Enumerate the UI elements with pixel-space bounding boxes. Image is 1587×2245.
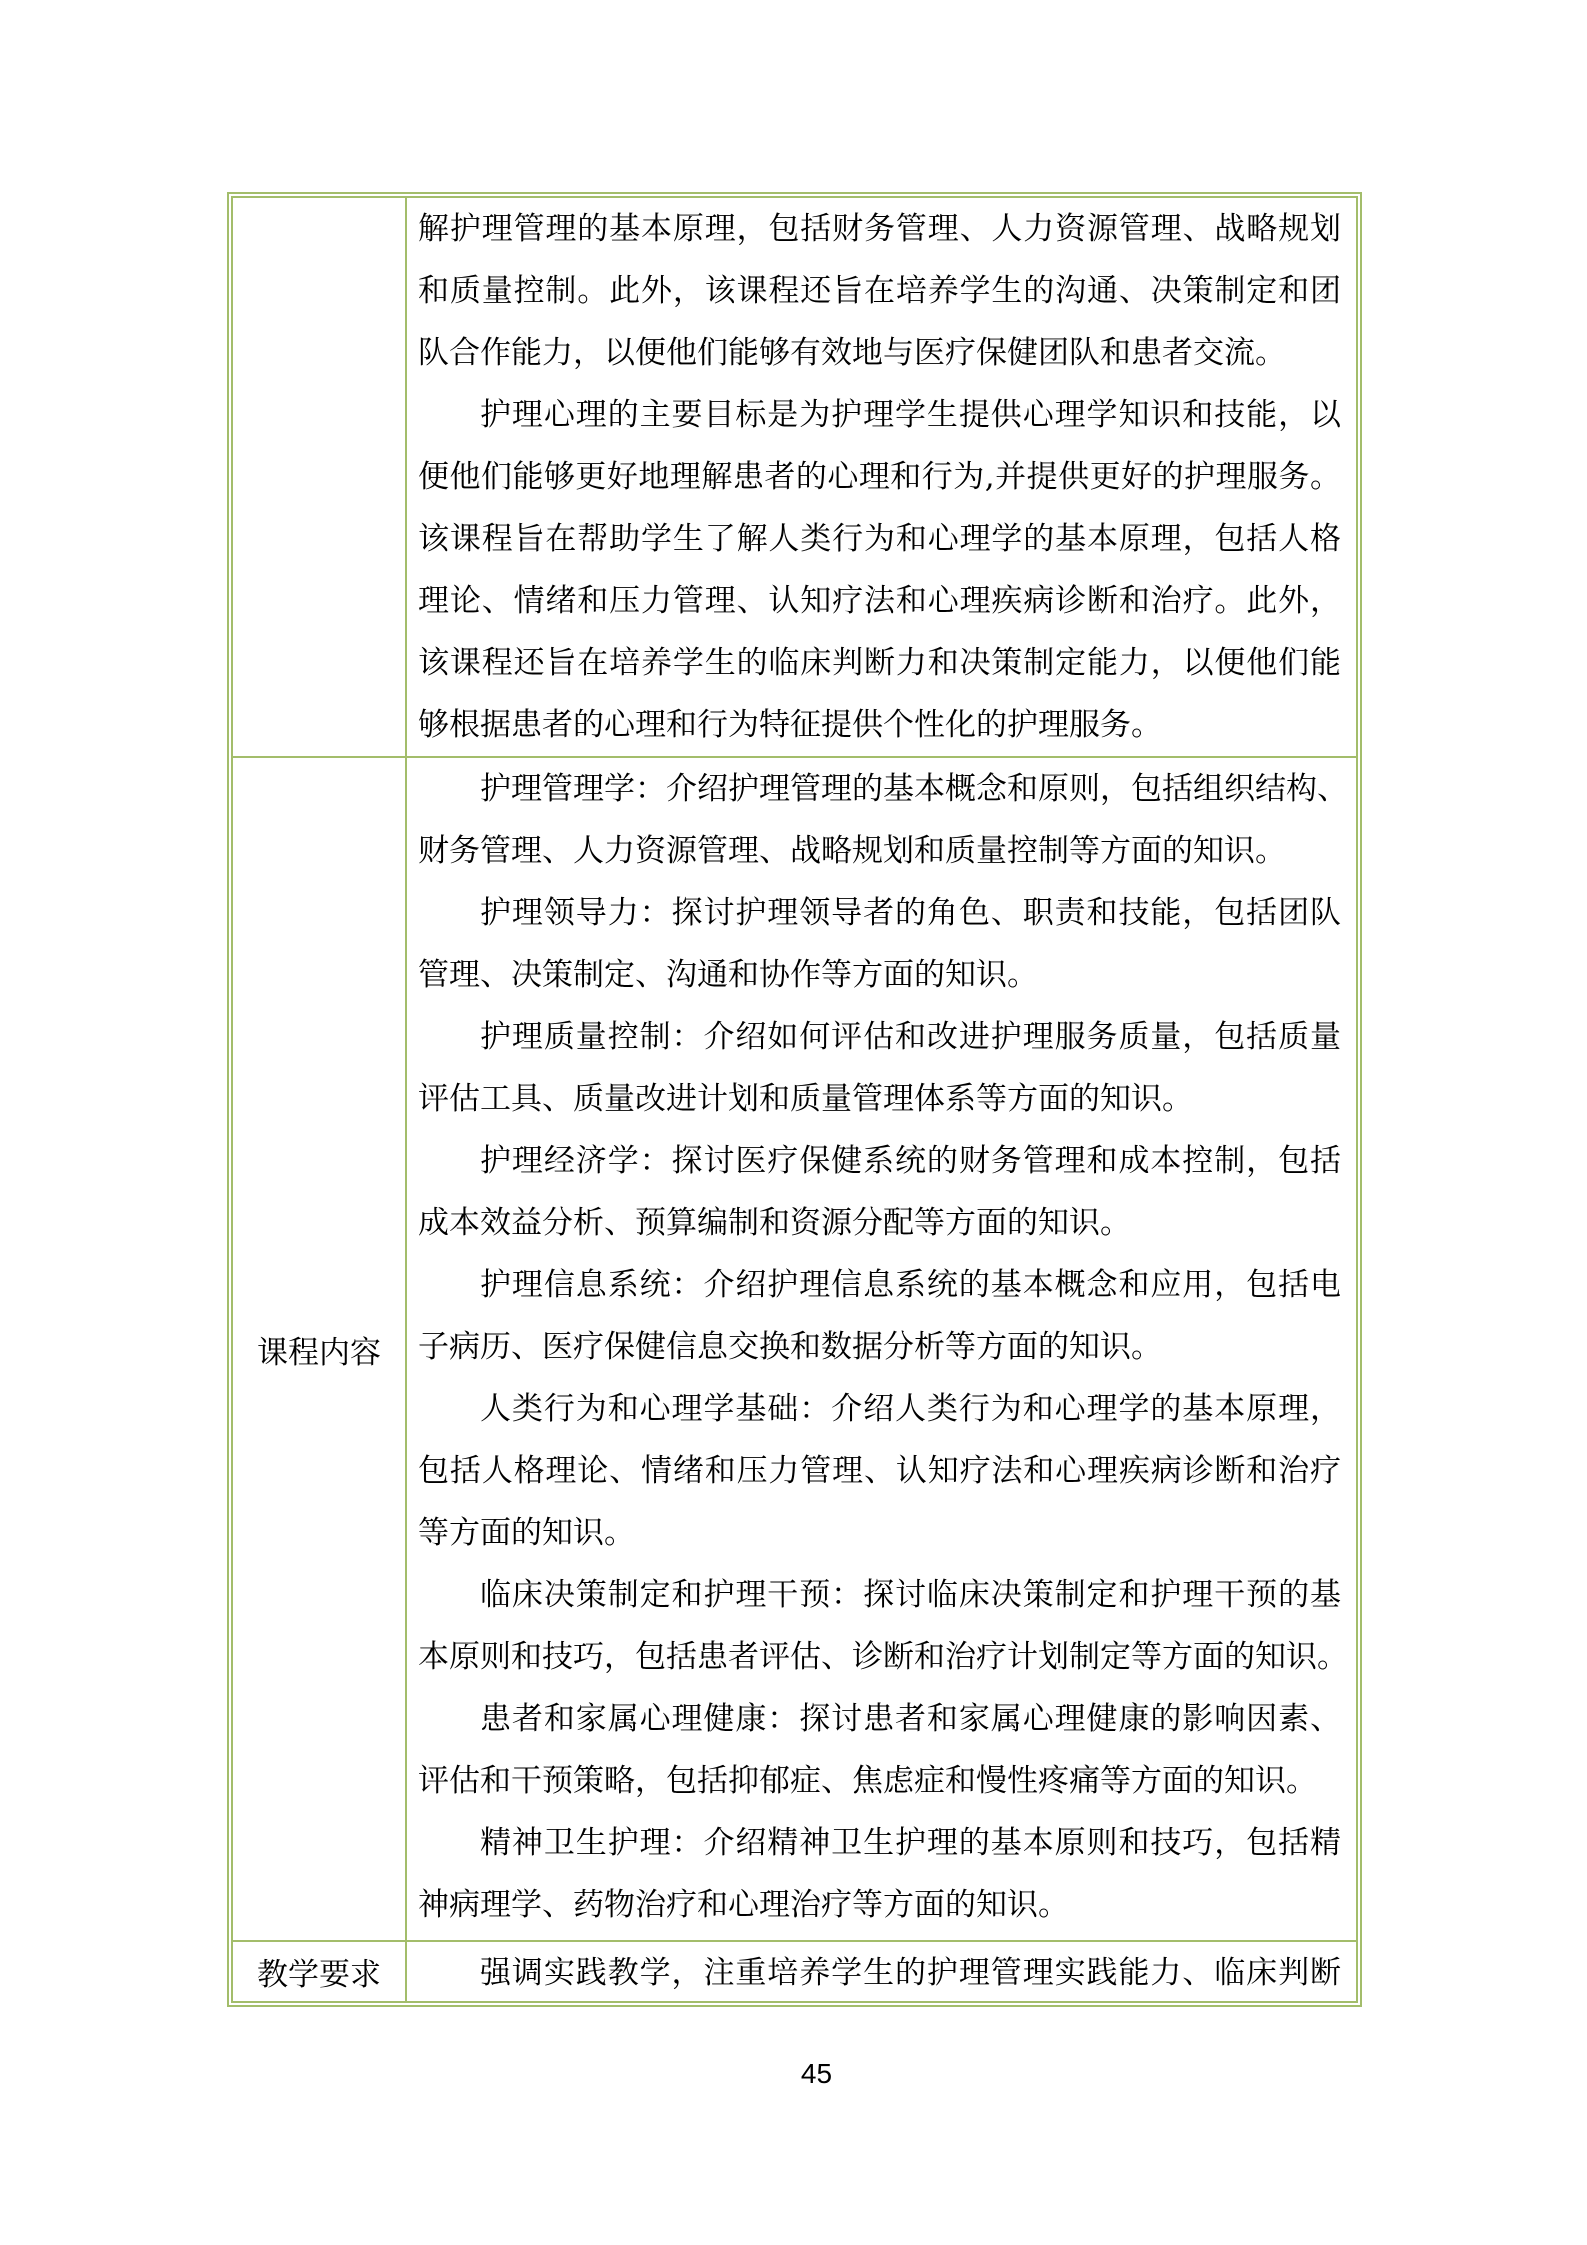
text-line: 包括人格理论、情绪和压力管理、认知疗法和心理疾病诊断和治疗 [418, 1440, 1341, 1502]
text-line: 等方面的知识。 [418, 1502, 1341, 1564]
text-line: 护理心理的主要目标是为护理学生提供心理学知识和技能，以 [418, 384, 1341, 446]
text-line: 子病历、医疗保健信息交换和数据分析等方面的知识。 [418, 1316, 1341, 1378]
text-line: 神病理学、药物治疗和心理治疗等方面的知识。 [418, 1874, 1341, 1936]
text-line: 便他们能够更好地理解患者的心理和行为,并提供更好的护理服务。 [418, 446, 1341, 508]
text-line: 患者和家属心理健康：探讨患者和家属心理健康的影响因素、 [418, 1688, 1341, 1750]
text-line: 和质量控制。此外，该课程还旨在培养学生的沟通、决策制定和团 [418, 260, 1341, 322]
text-line: 该课程还旨在培养学生的临床判断力和决策制定能力，以便他们能 [418, 632, 1341, 694]
row-content-course-content: 护理管理学：介绍护理管理的基本概念和原则，包括组织结构、财务管理、人力资源管理、… [407, 756, 1356, 1940]
row-content-course-overview: 解护理管理的基本原理，包括财务管理、人力资源管理、战略规划和质量控制。此外，该课… [407, 198, 1356, 756]
document-page: 解护理管理的基本原理，包括财务管理、人力资源管理、战略规划和质量控制。此外，该课… [0, 0, 1587, 2245]
text-line: 人类行为和心理学基础：介绍人类行为和心理学的基本原理， [418, 1378, 1341, 1440]
text-line: 队合作能力，以便他们能够有效地与医疗保健团队和患者交流。 [418, 322, 1341, 384]
text-line: 解护理管理的基本原理，包括财务管理、人力资源管理、战略规划 [418, 198, 1341, 260]
row-label-teaching-requirements: 教学要求 [233, 1940, 407, 2001]
text-line: 护理信息系统：介绍护理信息系统的基本概念和应用，包括电 [418, 1254, 1341, 1316]
row-content-teaching-requirements: 强调实践教学，注重培养学生的护理管理实践能力、临床判断 [407, 1940, 1356, 2001]
text-line: 评估和干预策略，包括抑郁症、焦虑症和慢性疼痛等方面的知识。 [418, 1750, 1341, 1812]
text-line: 临床决策制定和护理干预：探讨临床决策制定和护理干预的基 [418, 1564, 1341, 1626]
row-label-cell-empty [233, 198, 407, 756]
page-number: 45 [0, 2058, 1587, 2090]
text-line: 财务管理、人力资源管理、战略规划和质量控制等方面的知识。 [418, 820, 1341, 882]
course-table: 解护理管理的基本原理，包括财务管理、人力资源管理、战略规划和质量控制。此外，该课… [227, 192, 1362, 2007]
text-line: 强调实践教学，注重培养学生的护理管理实践能力、临床判断 [418, 1942, 1341, 2001]
text-line: 评估工具、质量改进计划和质量管理体系等方面的知识。 [418, 1068, 1341, 1130]
text-line: 本原则和技巧，包括患者评估、诊断和治疗计划制定等方面的知识。 [418, 1626, 1341, 1688]
row-label-course-content: 课程内容 [233, 756, 407, 1940]
text-line: 理论、情绪和压力管理、认知疗法和心理疾病诊断和治疗。此外， [418, 570, 1341, 632]
text-line: 成本效益分析、预算编制和资源分配等方面的知识。 [418, 1192, 1341, 1254]
text-line: 精神卫生护理：介绍精神卫生护理的基本原则和技巧，包括精 [418, 1812, 1341, 1874]
text-line: 该课程旨在帮助学生了解人类行为和心理学的基本原理，包括人格 [418, 508, 1341, 570]
text-line: 护理质量控制：介绍如何评估和改进护理服务质量，包括质量 [418, 1006, 1341, 1068]
text-line: 护理经济学：探讨医疗保健系统的财务管理和成本控制，包括 [418, 1130, 1341, 1192]
text-line: 管理、决策制定、沟通和协作等方面的知识。 [418, 944, 1341, 1006]
text-line: 护理领导力：探讨护理领导者的角色、职责和技能，包括团队 [418, 882, 1341, 944]
text-line: 够根据患者的心理和行为特征提供个性化的护理服务。 [418, 694, 1341, 756]
text-line: 护理管理学：介绍护理管理的基本概念和原则，包括组织结构、 [418, 758, 1341, 820]
